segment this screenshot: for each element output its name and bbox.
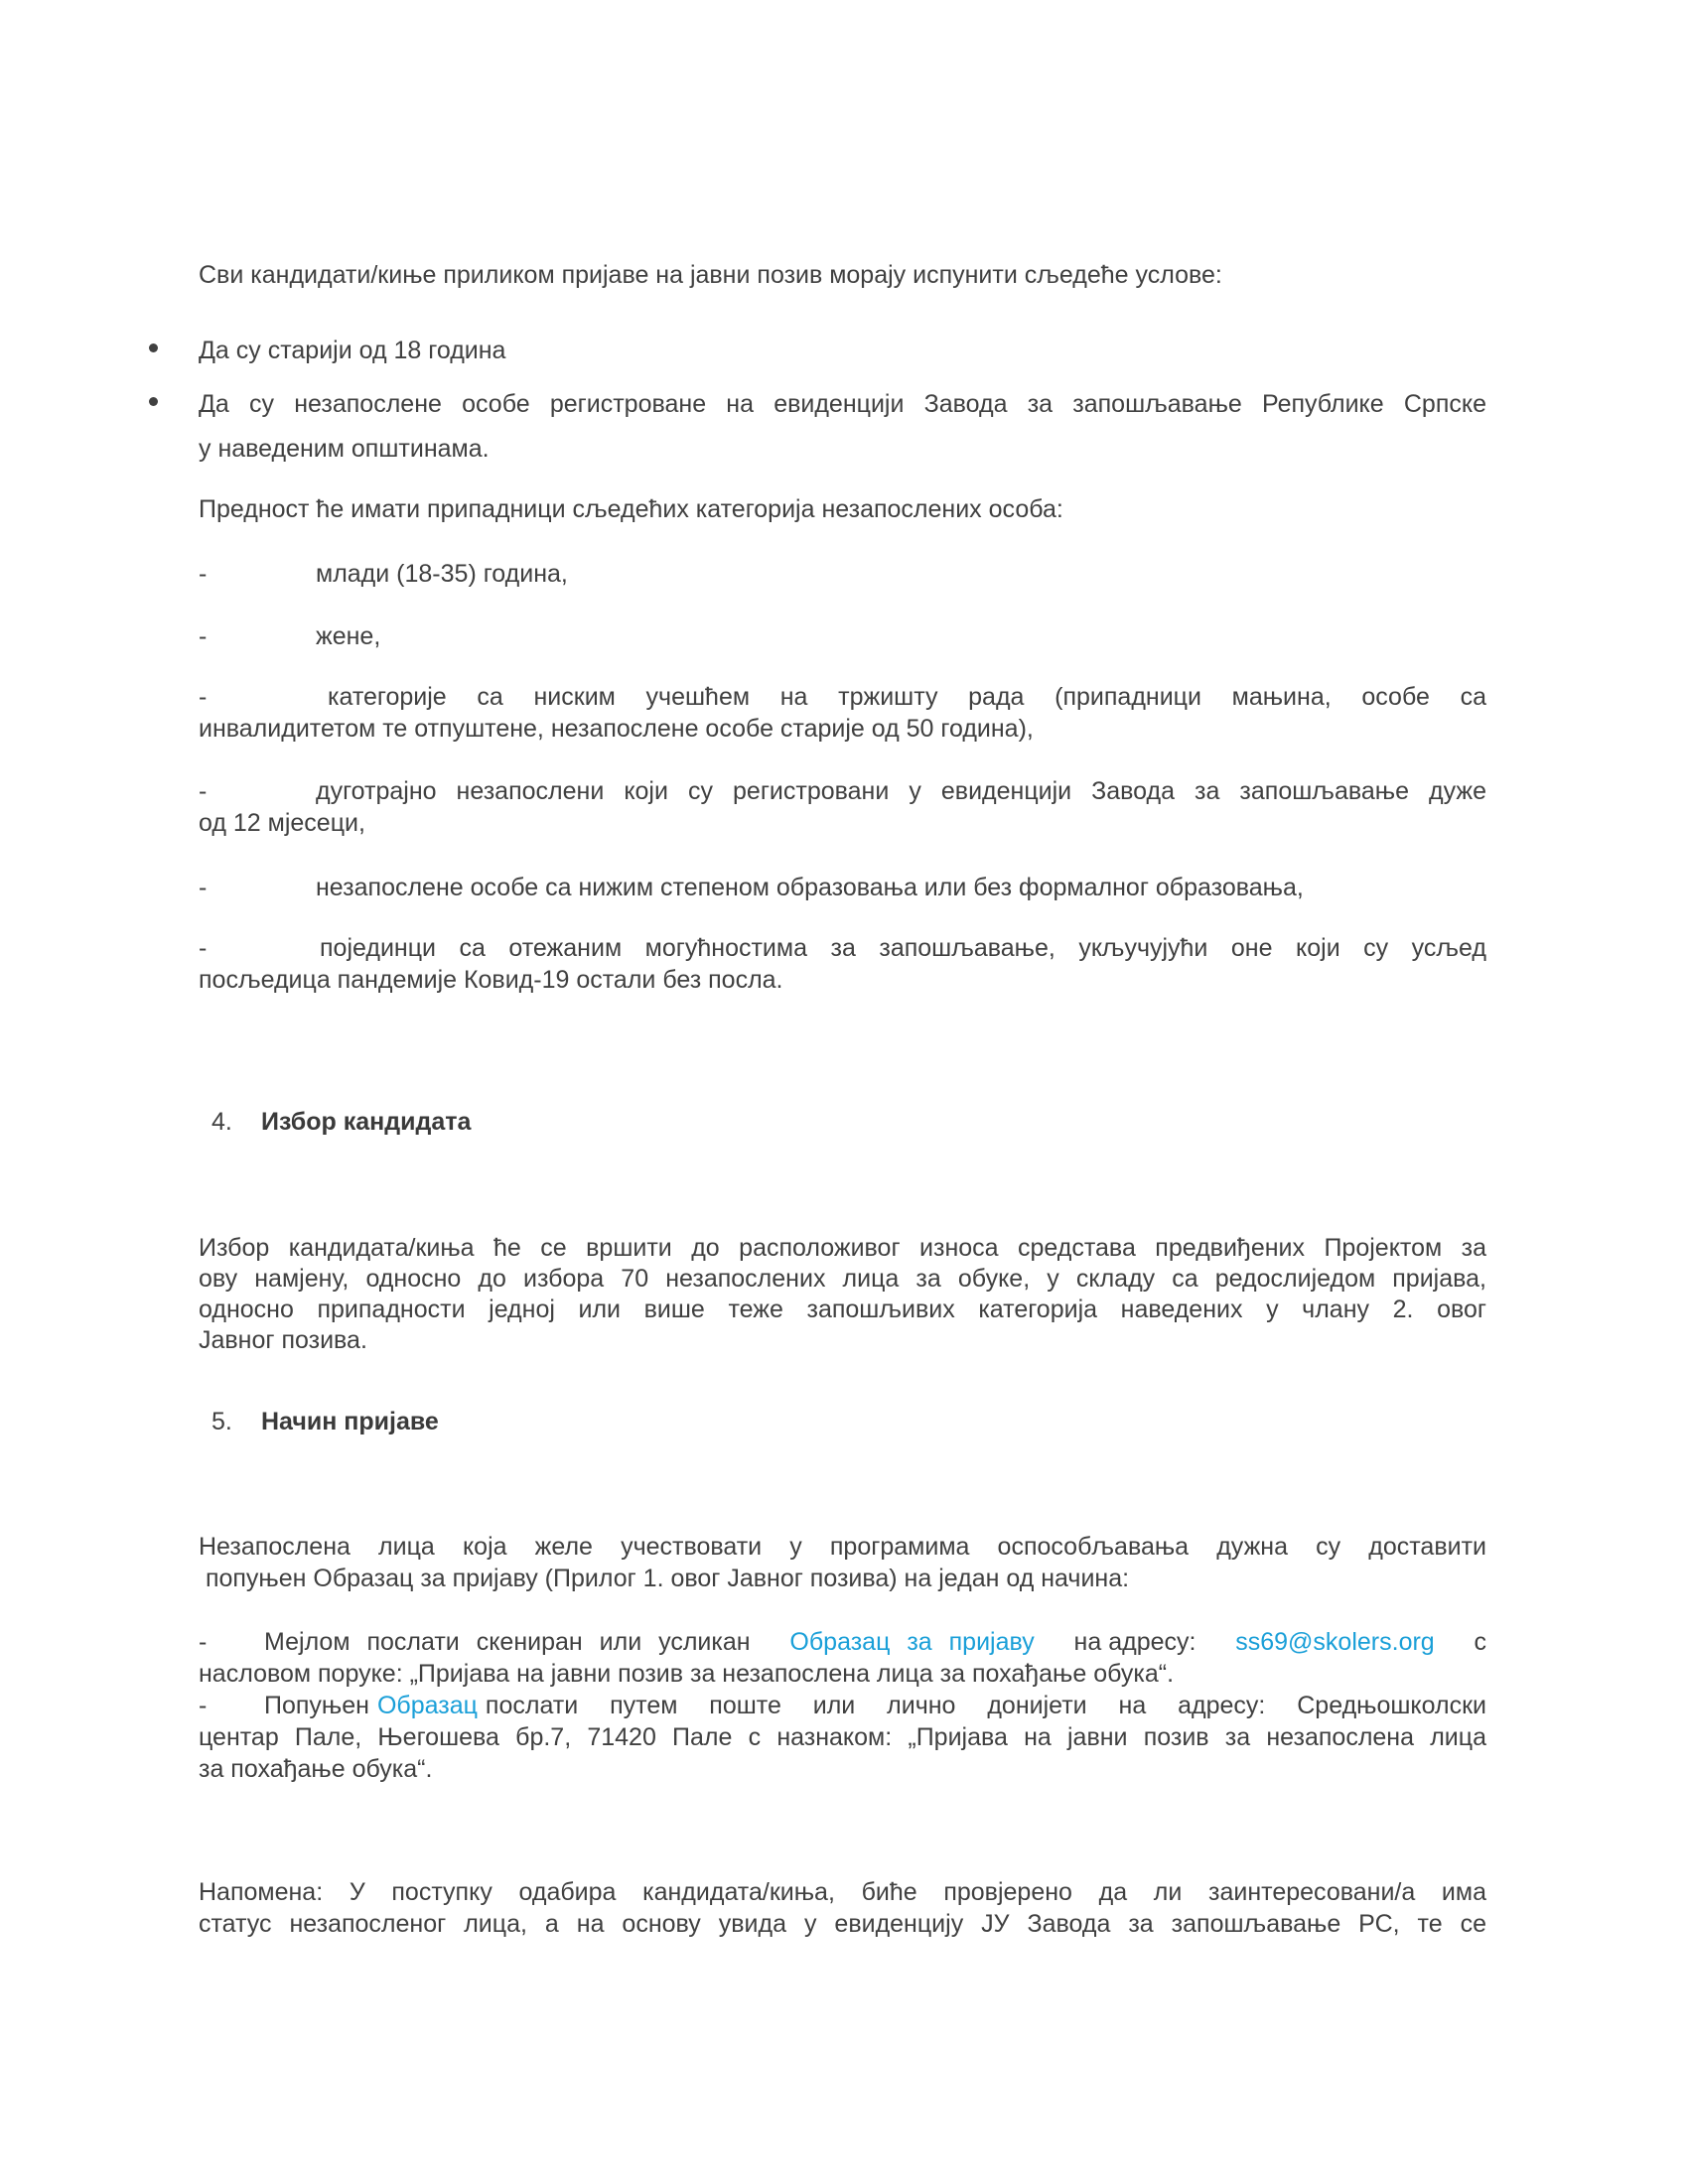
email-link[interactable]: ss69@skolers.org xyxy=(1235,1627,1434,1658)
bullet-icon xyxy=(147,343,161,357)
paragraph-line: ову намјену, односно до избора 70 незапо… xyxy=(199,1264,1486,1295)
option-text-continuation: за похађање обука“. xyxy=(199,1754,1486,1785)
requirement-item: Да су незапослене особе регистроване на … xyxy=(199,389,1486,420)
section-number: 5. xyxy=(211,1407,232,1437)
dash-marker: - xyxy=(199,559,207,590)
dash-marker: - xyxy=(199,1627,207,1658)
form-link[interactable]: Образац xyxy=(377,1691,478,1721)
requirement-item: Да су старији од 18 година xyxy=(199,336,1486,366)
paragraph-line: попуњен Образац за пријаву (Прилог 1. ов… xyxy=(199,1564,1486,1594)
priority-item-continuation: инвалидитетом те отпуштене, незапослене … xyxy=(199,714,1486,745)
priority-intro: Предност ће имати припадници сљедећих ка… xyxy=(199,494,1486,525)
dash-marker: - xyxy=(199,1691,207,1721)
intro-text: Сви кандидати/киње приликом пријаве на ј… xyxy=(199,260,1486,291)
application-form-link[interactable]: Образац за пријаву xyxy=(789,1627,1034,1658)
section-heading: Начин пријаве xyxy=(261,1407,439,1437)
dash-marker: - xyxy=(199,933,207,964)
option-text: послати путем поште или лично донијети н… xyxy=(486,1691,1486,1721)
option-text: с xyxy=(1475,1627,1487,1658)
option-text: Мејлом послати скениран или усликан xyxy=(264,1627,751,1658)
priority-item: појединци са отежаним могућностима за за… xyxy=(320,933,1486,964)
dash-marker: - xyxy=(199,873,207,903)
paragraph-line: Избор кандидата/киња ће се вршити до рас… xyxy=(199,1233,1486,1264)
priority-item: категорије са ниским учешћем на тржишту … xyxy=(328,682,1486,713)
option-text: на адресу: xyxy=(1074,1627,1196,1658)
section-heading: Избор кандидата xyxy=(261,1107,471,1138)
paragraph-line: статус незапосленог лица, а на основу ув… xyxy=(199,1909,1486,1940)
dash-marker: - xyxy=(199,776,207,807)
dash-marker: - xyxy=(199,621,207,652)
bullet-icon xyxy=(147,397,161,411)
priority-item: незапослене особе са нижим степеном обра… xyxy=(316,873,1304,903)
priority-item-continuation: од 12 мјесеци, xyxy=(199,808,1486,839)
section-number: 4. xyxy=(211,1107,232,1138)
paragraph-line: Јавног позива. xyxy=(199,1325,1486,1356)
priority-item: дуготрајно незапослени који су регистров… xyxy=(316,776,1486,807)
priority-item: жене, xyxy=(316,621,380,652)
paragraph-line: Незапослена лица која желе учествовати у… xyxy=(199,1532,1486,1563)
priority-item: млади (18-35) година, xyxy=(316,559,568,590)
dash-marker: - xyxy=(199,682,207,713)
option-text: Попуњен xyxy=(264,1691,369,1721)
option-text-continuation: насловом поруке: „Пријава на јавни позив… xyxy=(199,1659,1486,1690)
paragraph-line: односно припадности једној или више теже… xyxy=(199,1295,1486,1325)
paragraph-line: Напомена: У поступку одабира кандидата/к… xyxy=(199,1877,1486,1908)
option-text-continuation: центар Пале, Његошева бр.7, 71420 Пале с… xyxy=(199,1722,1486,1753)
priority-item-continuation: посљедица пандемије Ковид-19 остали без … xyxy=(199,965,1486,996)
requirement-item-continuation: у наведеним општинама. xyxy=(199,434,1486,465)
